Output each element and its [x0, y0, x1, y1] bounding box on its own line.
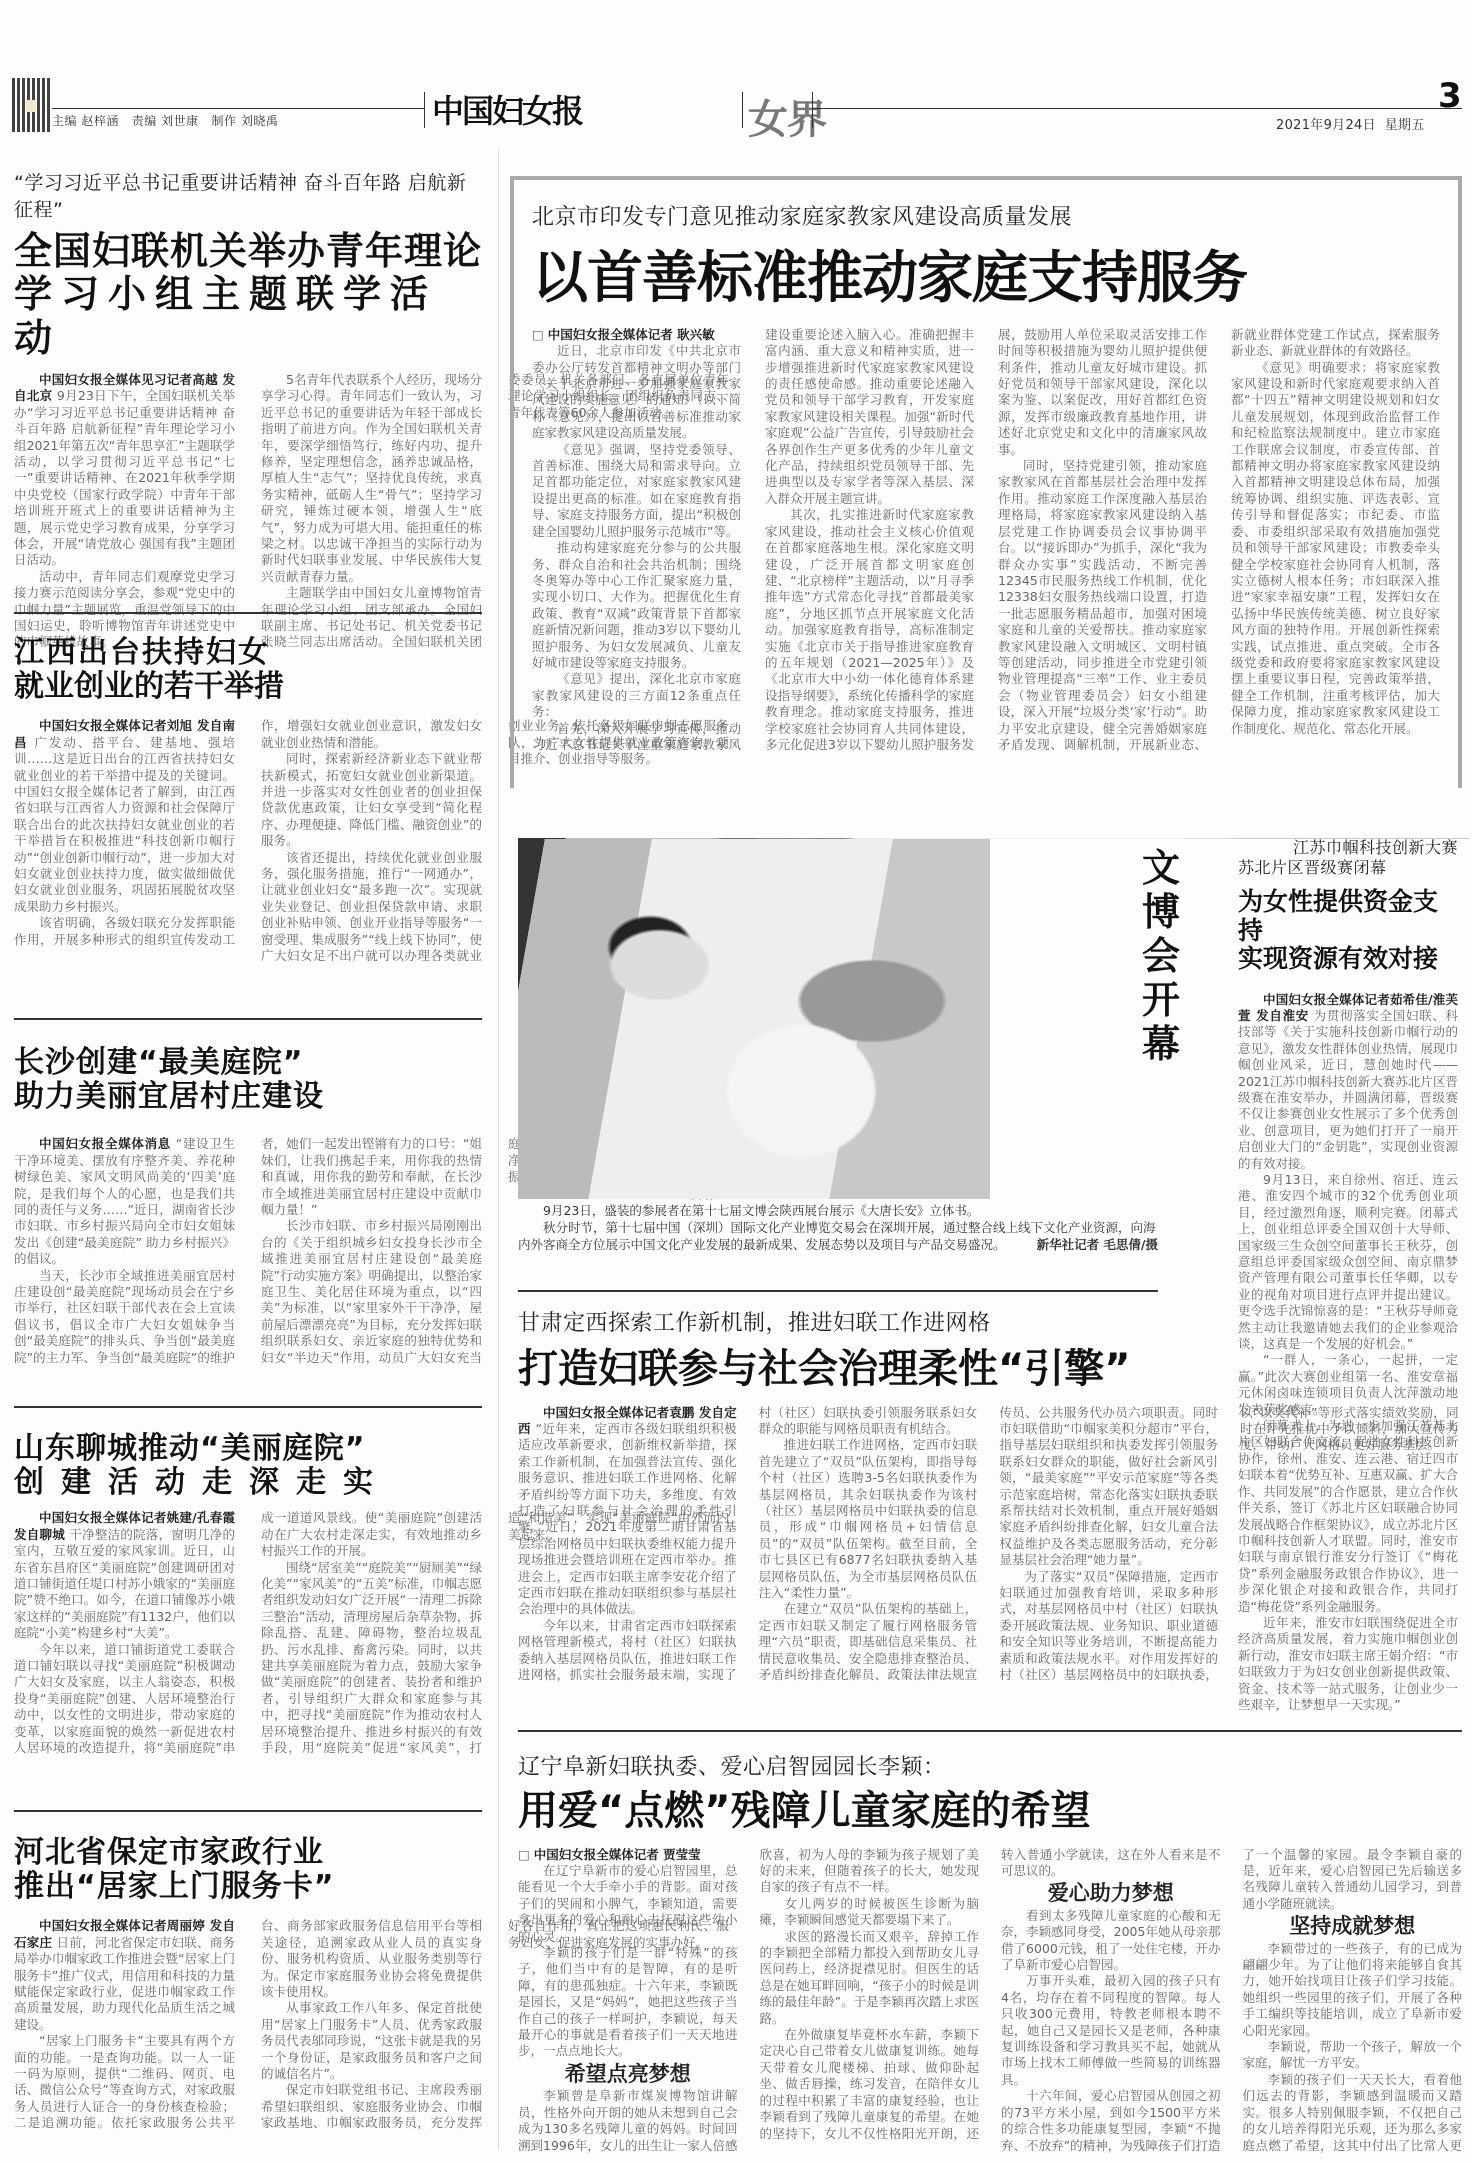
article-jiangsu: 江苏巾帼科技创新大赛 苏北片区晋级赛闭幕 为女性提供资金支持 实现资源有效对接 … — [1238, 838, 1458, 1713]
masthead-divider — [812, 92, 813, 128]
article-title: 为女性提供资金支持 实现资源有效对接 — [1238, 888, 1458, 974]
masthead-divider — [742, 92, 743, 128]
section-name: 女界 — [748, 88, 826, 145]
article-title: 河北省保定市家政行业 推出“居家上门服务卡” — [14, 1836, 482, 1904]
article-subhead: 希望点亮梦想 — [518, 2066, 738, 2082]
article-subhead: 爱心助力梦想 — [1001, 1885, 1221, 1901]
article-body: 中国妇女报全媒体记者茹希佳/淮芙萱 发自淮安 为贯彻落实全国妇联、科技部等《关于… — [1238, 992, 1458, 1714]
article-body: 中国妇女报全媒体记者刘旭 发自南昌 广发动、搭平台、建基地、强培训……这是近日出… — [14, 718, 482, 980]
article-body: □ 中国妇女报全媒体记者 贾莹莹 在辽宁阜新市的爱心启智园里，总能看见一个大手牵… — [518, 1847, 1462, 2163]
article-liaocheng: 山东聊城推动“美丽庭院” 创建活动走深走实 中国妇女报全媒体记者姚建/孔春霞 发… — [14, 1432, 482, 1772]
article-dingxi: 甘肃定西探索工作新机制，推进妇联工作进网格 打造妇联参与社会治理柔性“引擎” 中… — [518, 1306, 1218, 1687]
editor-credits: 主编 赵梓涵 责编 刘世康 制作 刘晓禹 — [52, 112, 278, 129]
article-title: 以首善标准推动家庭支持服务 — [532, 247, 1440, 311]
square-bullet-icon: □ — [532, 327, 544, 342]
article-body: 中国妇女报全媒体消息 “建设卫生干净环境美、摆放有序整齐美、养花种树绿色美、家风… — [14, 1136, 482, 1382]
article-title: 用爱“点燃”残障儿童家庭的希望 — [518, 1789, 1462, 1835]
section-divider — [14, 612, 482, 614]
qr-code-icon[interactable] — [12, 78, 50, 132]
article-byline: 中国妇女报全媒体消息 — [39, 1136, 171, 1151]
article-kicker: 北京市印发专门意见推动家庭家教家风建设高质量发展 — [532, 200, 1440, 231]
article-title: 山东聊城推动“美丽庭院” 创建活动走深走实 — [14, 1432, 482, 1500]
column-divider — [498, 150, 499, 2150]
article-youth-study: “学习习近平总书记重要讲话精神 奋斗百年路 启航新征程” 全国妇联机关举办青年理… — [14, 168, 482, 662]
article-body: □ 中国妇女报全媒体记者 耿兴敏 近日，北京市印发《中共北京市委办公厅转发首都精… — [532, 327, 1440, 767]
article-body: 中国妇女报全媒体记者姚建/孔春霞 发自聊城 干净整洁的院落，窗明几净的室内，互敬… — [14, 1510, 482, 1772]
article-kicker: “学习习近平总书记重要讲话精神 奋斗百年路 启航新征程” — [14, 168, 482, 222]
article-kicker: 辽宁阜新妇联执委、爱心启智园园长李颖： — [518, 1750, 1462, 1781]
article-title: 长沙创建“最美庭院” 助力美丽宜居村庄建设 — [14, 1046, 482, 1114]
section-divider — [518, 1730, 1462, 1732]
section-divider — [14, 1810, 482, 1812]
publication-date: 2021年9月24日 星期五 — [1276, 114, 1425, 133]
article-changsha: 长沙创建“最美庭院” 助力美丽宜居村庄建设 中国妇女报全媒体消息 “建设卫生干净… — [14, 1046, 482, 1382]
article-kicker: 甘肃定西探索工作新机制，推进妇联工作进网格 — [518, 1306, 1218, 1337]
photo-caption: 9月23日，盛装的参展者在第十七届文博会陕西展台展示《大唐长安》立体书。 秋分时… — [518, 1202, 1158, 1253]
article-title: 打造妇联参与社会治理柔性“引擎” — [518, 1347, 1218, 1393]
article-title: 全国妇联机关举办青年理论 学习小组主题联学活动 — [14, 230, 482, 360]
article-body: 中国妇女报全媒体记者周丽婷 发自石家庄 日前，河北省保定市妇联、商务局举办巾帼家… — [14, 1918, 482, 2136]
article-subhead: 坚持成就梦想 — [1243, 1918, 1463, 1934]
page-number: 3 — [1438, 76, 1462, 116]
masthead-rule-left — [52, 108, 424, 109]
article-body: 中国妇女报全媒体记者袁鹏 发自定西 “近年来，定西市各级妇联组织积极适应改革新要… — [518, 1405, 1218, 1687]
article-body: 中国妇女报全媒体见习记者高越 发自北京 9月23日下午，全国妇联机关举办“学习习… — [14, 372, 482, 662]
feature-photo[interactable] — [518, 839, 990, 1199]
section-divider — [14, 1406, 482, 1408]
photo-vertical-title: 文博会开幕 — [1139, 846, 1183, 1066]
square-bullet-icon: □ — [518, 1847, 530, 1862]
section-divider — [14, 1018, 482, 1020]
masthead-rule-right — [812, 108, 1462, 109]
article-fuxin: 辽宁阜新妇联执委、爱心启智园园长李颖： 用爱“点燃”残障儿童家庭的希望 □ 中国… — [518, 1750, 1462, 2163]
masthead-divider — [424, 92, 425, 128]
article-beijing: 北京市印发专门意见推动家庭家教家风建设高质量发展 以首善标准推动家庭支持服务 □… — [510, 176, 1462, 788]
section-divider — [518, 1290, 1158, 1292]
article-baoding: 河北省保定市家政行业 推出“居家上门服务卡” 中国妇女报全媒体记者周丽婷 发自石… — [14, 1836, 482, 2136]
article-jiangxi: 江西出台扶持妇女 就业创业的若干举措 中国妇女报全媒体记者刘旭 发自南昌 广发动… — [14, 636, 482, 980]
article-title: 江西出台扶持妇女 就业创业的若干举措 — [14, 636, 482, 704]
newspaper-logo: 中国妇女报 — [432, 86, 582, 132]
article-kicker: 江苏巾帼科技创新大赛 苏北片区晋级赛闭幕 — [1238, 838, 1458, 878]
article-byline: 中国妇女报全媒体记者 耿兴敏 — [548, 327, 715, 342]
article-byline: 中国妇女报全媒体记者 贾莹莹 — [534, 1847, 701, 1862]
